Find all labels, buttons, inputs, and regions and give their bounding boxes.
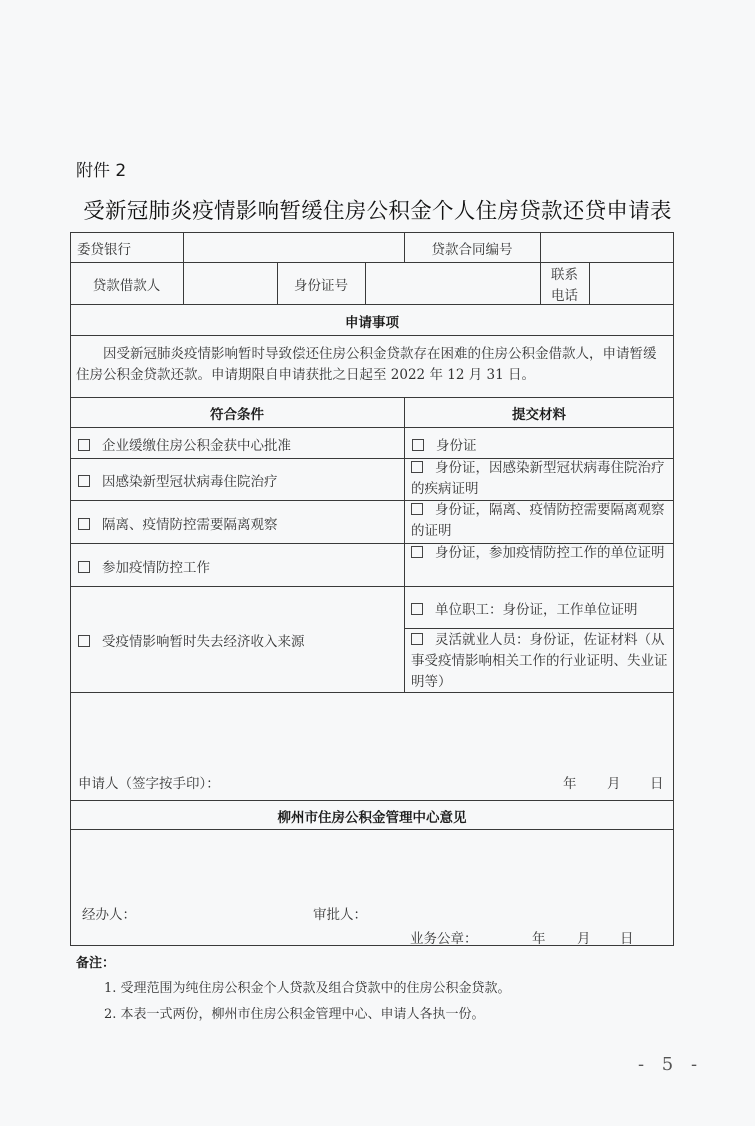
year-label: 年 bbox=[563, 772, 577, 792]
year-label: 年 bbox=[532, 927, 546, 947]
notes-title: 备注： bbox=[76, 952, 115, 971]
handler-label: 经办人： bbox=[82, 903, 136, 923]
seal-label: 业务公章： bbox=[410, 927, 478, 947]
row-divider bbox=[70, 304, 674, 305]
entrusted-bank-label: 委贷银行 bbox=[77, 238, 131, 258]
month-label: 月 bbox=[607, 772, 621, 792]
material-item[interactable]: 灵活就业人员：身份证，佐证材料（从事受疫情影响相关工作的行业证明、失业证明等） bbox=[411, 630, 669, 693]
contract-no-label: 贷款合同编号 bbox=[404, 238, 540, 258]
checkbox[interactable] bbox=[412, 439, 424, 451]
row-divider bbox=[70, 586, 674, 587]
day-label: 日 bbox=[620, 927, 634, 947]
checkbox[interactable] bbox=[78, 439, 90, 451]
note-item: 2. 本表一式两份，柳州市住房公积金管理中心、申请人各执一份。 bbox=[104, 1003, 485, 1022]
materials-header: 提交材料 bbox=[404, 403, 674, 423]
condition-item[interactable]: 企业缓缴住房公积金获中心批准 bbox=[78, 434, 291, 454]
row-divider bbox=[70, 397, 674, 398]
condition-item[interactable]: 参加疫情防控工作 bbox=[78, 556, 210, 576]
application-description: 因受新冠肺炎疫情影响暂时导致偿还住房公积金贷款存在困难的住房公积金借款人，申请暂… bbox=[76, 344, 668, 386]
table-border bbox=[70, 232, 674, 233]
col-divider bbox=[183, 232, 184, 304]
checkbox[interactable] bbox=[78, 635, 90, 647]
checkbox[interactable] bbox=[78, 475, 90, 487]
annex-label: 附件 2 bbox=[76, 156, 126, 181]
contract-no-field[interactable] bbox=[543, 236, 671, 260]
checkbox[interactable] bbox=[411, 503, 423, 515]
checkbox[interactable] bbox=[411, 546, 423, 558]
col-divider bbox=[404, 397, 405, 692]
id-no-field[interactable] bbox=[368, 266, 538, 302]
table-border bbox=[673, 232, 674, 946]
approver-label: 审批人： bbox=[313, 903, 367, 923]
note-item: 1. 受理范围为纯住房公积金个人贷款及组合贷款中的住房公积金贷款。 bbox=[104, 977, 511, 996]
condition-item[interactable]: 隔离、疫情防控需要隔离观察 bbox=[78, 513, 278, 533]
checkbox[interactable] bbox=[411, 461, 423, 473]
row-divider bbox=[70, 829, 674, 830]
checkbox[interactable] bbox=[411, 603, 423, 615]
page-title: 受新冠肺炎疫情影响暂缓住房公积金个人住房贷款还贷申请表 bbox=[0, 194, 755, 225]
row-divider bbox=[70, 800, 674, 801]
checkbox[interactable] bbox=[411, 633, 423, 645]
row-divider bbox=[70, 427, 674, 428]
application-section-title: 申请事项 bbox=[70, 311, 674, 331]
material-item[interactable]: 单位职工：身份证，工作单位证明 bbox=[411, 598, 638, 618]
borrower-label: 贷款借款人 bbox=[70, 274, 183, 294]
col-divider bbox=[365, 262, 366, 304]
condition-item[interactable]: 因感染新型冠状病毒住院治疗 bbox=[78, 470, 278, 490]
entrusted-bank-field[interactable] bbox=[186, 236, 402, 260]
material-item[interactable]: 身份证，隔离、疫情防控需要隔离观察的证明 bbox=[411, 500, 669, 542]
table-border bbox=[70, 232, 71, 946]
row-divider bbox=[70, 335, 674, 336]
phone-label-line2: 电话 bbox=[540, 284, 589, 304]
material-item[interactable]: 身份证 bbox=[412, 434, 477, 454]
applicant-signature-label: 申请人（签字按手印）： bbox=[78, 772, 220, 792]
day-label: 日 bbox=[650, 772, 664, 792]
phone-label-line1: 联系 bbox=[540, 263, 589, 283]
checkbox[interactable] bbox=[78, 518, 90, 530]
checkbox[interactable] bbox=[78, 561, 90, 573]
phone-field[interactable] bbox=[592, 266, 671, 302]
month-label: 月 bbox=[577, 927, 591, 947]
conditions-header: 符合条件 bbox=[70, 403, 404, 423]
condition-item[interactable]: 受疫情影响暂时失去经济收入来源 bbox=[78, 630, 305, 650]
id-no-label: 身份证号 bbox=[277, 274, 365, 294]
borrower-field[interactable] bbox=[186, 266, 275, 302]
col-divider bbox=[589, 262, 590, 304]
material-item[interactable]: 身份证，因感染新型冠状病毒住院治疗的疾病证明 bbox=[411, 458, 669, 500]
material-item[interactable]: 身份证，参加疫情防控工作的单位证明 bbox=[411, 543, 669, 564]
center-opinion-title: 柳州市住房公积金管理中心意见 bbox=[70, 806, 674, 826]
page-number: - 5 - bbox=[638, 1054, 703, 1075]
